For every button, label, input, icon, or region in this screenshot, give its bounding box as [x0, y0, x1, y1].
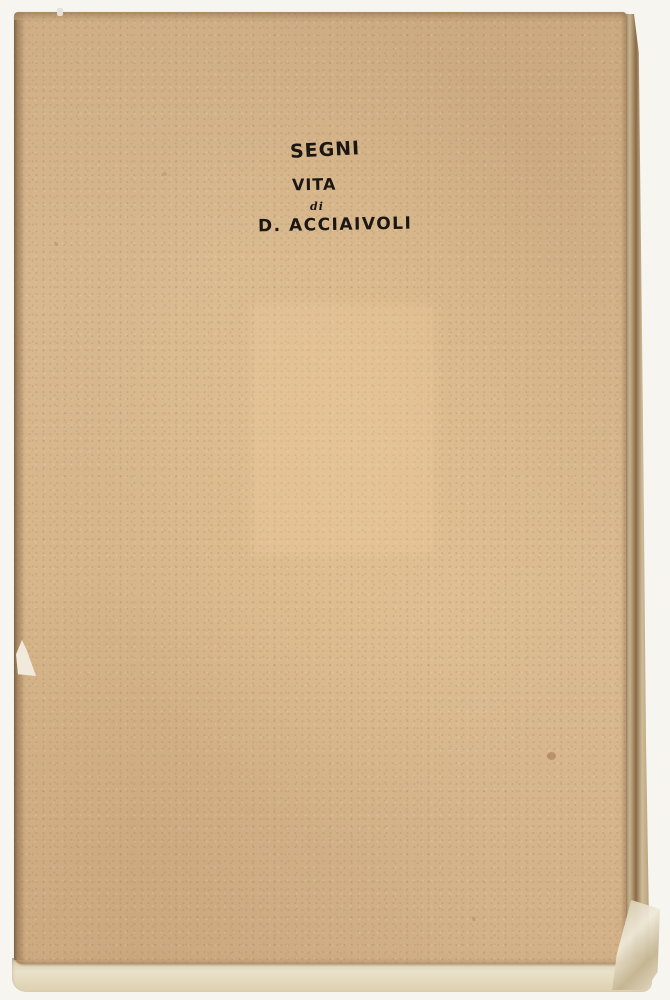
stain-spot [162, 172, 167, 176]
photo-scene: SEGNI VITA di D. ACCIAIVOLI [0, 0, 670, 1000]
faded-label-mark [254, 307, 432, 552]
spine-crease [14, 20, 24, 960]
title-author: SEGNI [289, 137, 360, 163]
book-cover: SEGNI VITA di D. ACCIAIVOLI [14, 12, 626, 964]
stain-spot [472, 917, 476, 921]
title-subject: D. ACCIAIVOLI [258, 214, 413, 237]
stain-spot [54, 242, 58, 246]
title-word-vita: VITA [292, 175, 337, 195]
edge-nick [57, 8, 63, 16]
title-word-di: di [310, 200, 324, 213]
stain-spot [547, 752, 556, 760]
